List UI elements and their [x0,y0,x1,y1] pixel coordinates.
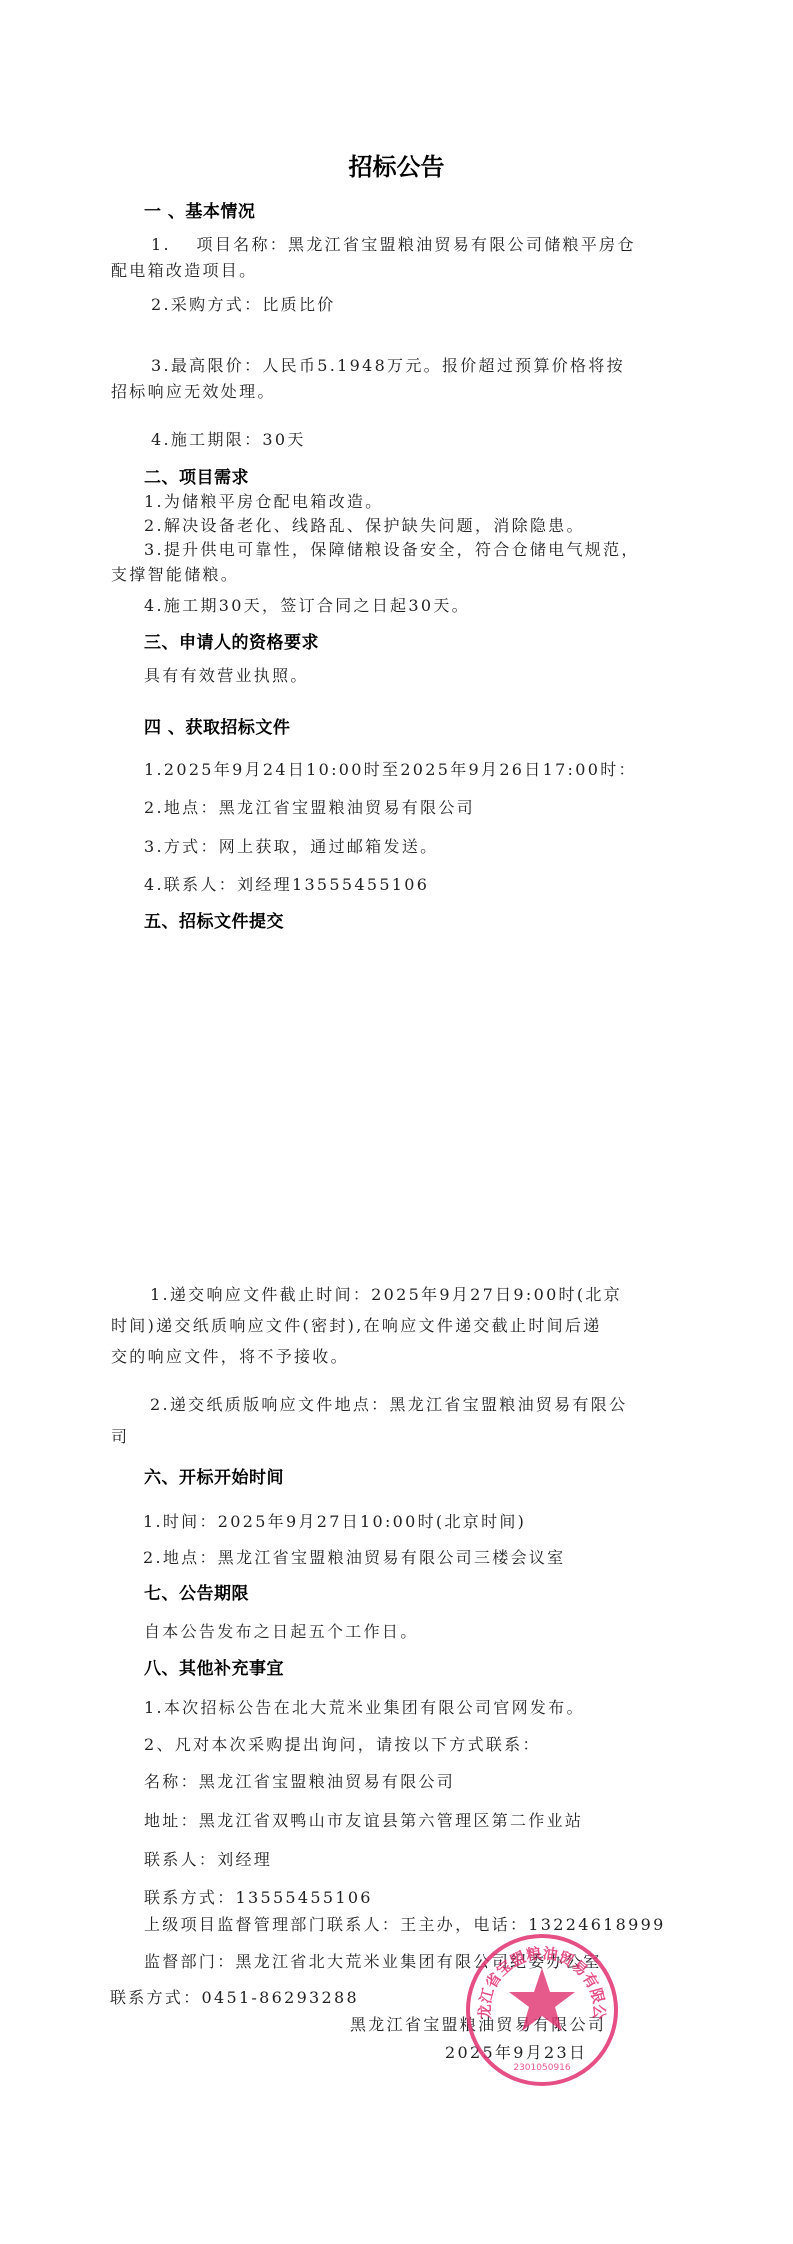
svg-text:2301050916: 2301050916 [513,2063,571,2073]
paragraph-line: 1. 项目名称：黑龙江省宝盟粮油贸易有限公司储粮平房仓 [151,235,636,255]
paragraph-line: 自本公告发布之日起五个工作日。 [144,1622,419,1642]
company-seal-icon: 黑龙江省宝盟粮油贸易有限公司 2301050916 [462,1930,622,2090]
section-heading-requirements: 二、项目需求 [144,467,249,489]
document-page: 招标公告 一 、基本情况 1. 项目名称：黑龙江省宝盟粮油贸易有限公司储粮平房仓… [0,0,793,2244]
paragraph-line: 3.方式：网上获取，通过邮箱发送。 [144,837,438,857]
paragraph-line: 1.为储粮平房仓配电箱改造。 [144,492,383,512]
paragraph-line: 2.地点：黑龙江省宝盟粮油贸易有限公司 [144,798,475,818]
contact-name-line: 名称：黑龙江省宝盟粮油贸易有限公司 [144,1772,455,1792]
paragraph-line: 2.递交纸质版响应文件地点：黑龙江省宝盟粮油贸易有限公 [150,1395,627,1415]
section-heading-obtain-documents: 四 、获取招标文件 [144,717,290,739]
paragraph-line: 交的响应文件，将不予接收。 [111,1347,349,1367]
paragraph-line: 4.施工期限：30天 [151,430,306,450]
paragraph-line: 具有有效营业执照。 [144,666,309,686]
paragraph-line: 4.联系人：刘经理13555455106 [144,875,429,895]
document-title: 招标公告 [0,152,793,182]
contact-phone-line: 联系方式：13555455106 [144,1888,373,1908]
paragraph-line: 1.递交响应文件截止时间：2025年9月27日9:00时(北京 [150,1285,622,1305]
paragraph-line: 配电箱改造项目。 [111,261,257,281]
paragraph-line: 3.提升供电可靠性，保障储粮设备安全，符合仓储电气规范， [144,540,640,560]
paragraph-line: 2.地点：黑龙江省宝盟粮油贸易有限公司三楼会议室 [143,1548,565,1568]
section-heading-notice-period: 七、公告期限 [144,1583,249,1605]
contact-person-line: 联系人：刘经理 [144,1850,272,1870]
paragraph-line: 2、凡对本次采购提出询问，请按以下方式联系： [144,1735,541,1755]
section-heading-other-matters: 八、其他补充事宜 [144,1658,284,1680]
contact-address-line: 地址：黑龙江省双鸭山市友谊县第六管理区第二作业站 [144,1811,583,1831]
paragraph-line: 招标响应无效处理。 [111,382,276,402]
paragraph-line: 1.2025年9月24日10:00时至2025年9月26日17:00时： [144,760,637,780]
section-heading-opening-time: 六、开标开始时间 [144,1467,284,1489]
supervisor-phone-line: 联系方式：0451-86293288 [110,1988,359,2008]
paragraph-line: 4.施工期30天，签订合同之日起30天。 [144,596,470,616]
paragraph-line: 2.采购方式：比质比价 [151,295,336,315]
paragraph-line: 司 [111,1427,129,1447]
section-heading-qualifications: 三、申请人的资格要求 [144,632,319,654]
paragraph-line: 2.解决设备老化、线路乱、保护缺失问题，消除隐患。 [144,516,585,536]
section-heading-submission: 五、招标文件提交 [144,911,284,933]
paragraph-line: 支撑智能储粮。 [111,565,239,585]
paragraph-line: 1.时间：2025年9月27日10:00时(北京时间) [143,1512,526,1532]
section-heading-basic-info: 一 、基本情况 [144,201,255,223]
paragraph-line: 3.最高限价：人民币5.1948万元。报价超过预算价格将按 [151,356,625,376]
paragraph-line: 时间)递交纸质响应文件(密封),在响应文件递交截止时间后递 [111,1316,602,1336]
paragraph-line: 1.本次招标公告在北大荒米业集团有限公司官网发布。 [144,1698,585,1718]
